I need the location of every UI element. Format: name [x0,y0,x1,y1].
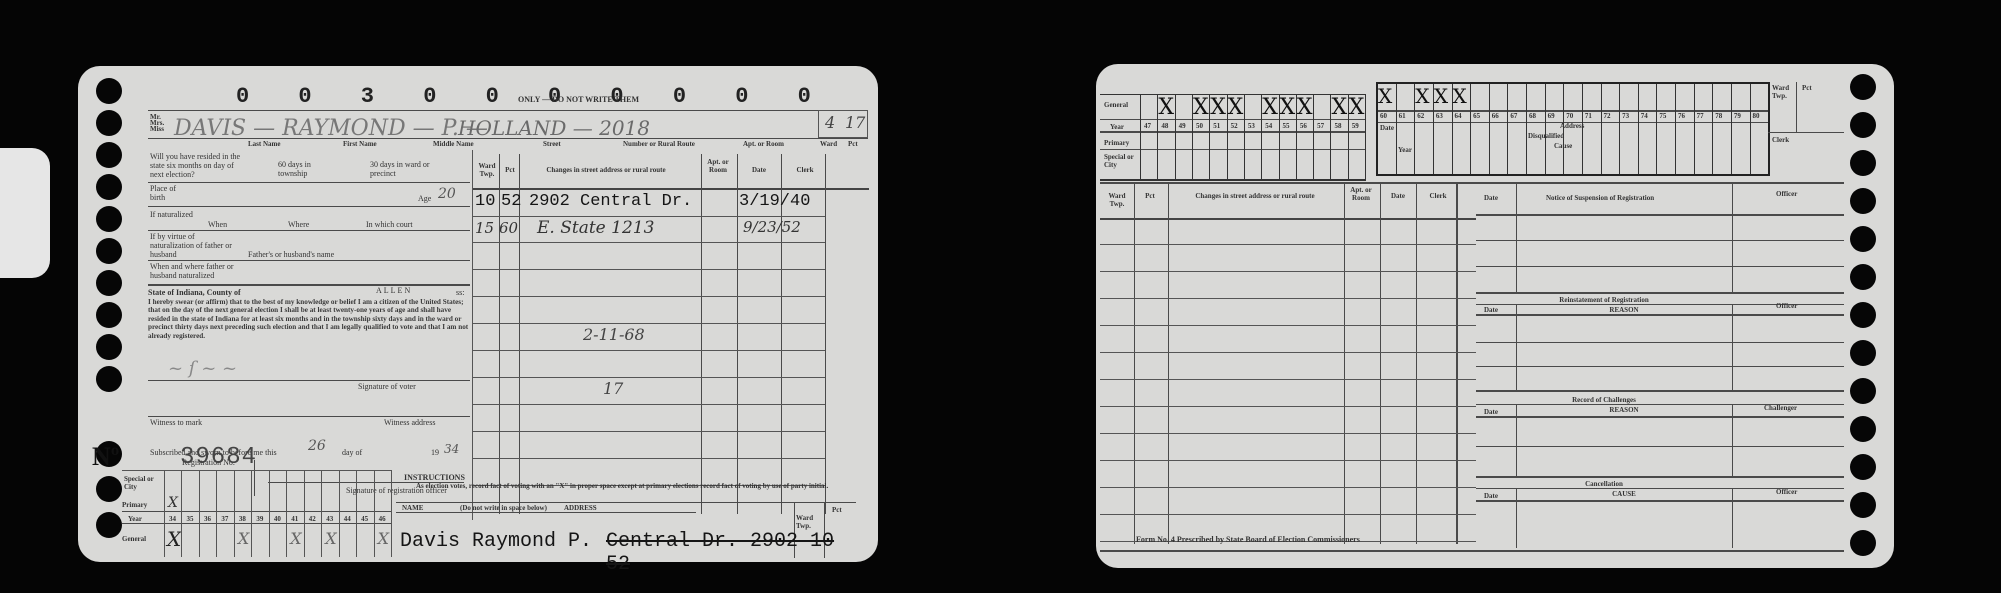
subscribed-year: 34 [444,442,459,456]
header-date: Date [1484,194,1498,202]
row-label-primary: Primary [122,501,147,509]
punch-hole [1850,416,1876,442]
punch-hole [96,366,122,392]
year-col: 39 [251,471,268,557]
year-col: 37 [216,471,233,557]
label-signature-voter: Signature of voter [358,382,416,391]
year-col: 35 [181,471,198,557]
label-name: NAME [402,504,423,512]
label-day-of: day of [342,448,362,457]
table-row [473,404,825,432]
typed-voter-name: Davis Raymond P. [400,530,592,553]
header-date: Date [1484,306,1498,314]
address-changes-table: Ward Twp. Pct Changes in street address … [472,150,869,520]
form-footer: Form No. 4 Prescribed by State Board of … [1136,536,1360,544]
label-clerk: Clerk [1772,136,1789,144]
changes-table-header: Ward Twp. Pct Changes in street address … [1100,184,1476,220]
label-address: ADDRESS [564,504,597,512]
header-pct: Pct [1136,192,1164,200]
label-fathers-name: Father's or husband's name [248,250,334,259]
punch-hole [1850,264,1876,290]
q-state-residence: Will you have resided in the state six m… [150,152,245,179]
address-changes-table-blank: Ward Twp. Pct Changes in street address … [1100,184,1476,548]
punch-hole [96,334,122,360]
header-apt: Apt. or Room [703,158,733,174]
subscribed-day: 26 [308,438,326,454]
row-label-year: Year [128,515,142,523]
punch-hole [96,270,122,296]
punch-hole [1850,112,1876,138]
header-changes: Changes in street address or rural route [521,166,691,174]
table-row [473,350,825,378]
instructions-text: As election votes, record fact of voting… [416,482,856,490]
cell-ward: 15 [475,219,494,237]
reinstatement-section: Reinstatement of Registration Date REASO… [1476,294,1844,392]
header-reason: REASON [1516,406,1732,414]
punch-hole [1850,378,1876,404]
punch-hole [1850,530,1876,556]
cell-date: 3/19/40 [739,192,810,211]
ward-value: 4 [825,113,835,132]
challenges-section: Record of Challenges Date REASON Challen… [1476,394,1844,478]
row-label-year: Year [1110,123,1124,131]
table-row: 2-11-68 [473,323,825,351]
header-changes: Changes in street address or rural route [1170,192,1340,200]
year-columns: 47 X48 49 X50 X51 X52 53 X54 X55 X56 57 … [1140,95,1366,179]
punch-hole [96,110,122,136]
punch-hole [96,78,122,104]
cell-pct: 52 [501,192,521,211]
year-columns: X60 61 X62 X63 X64 65 66 67 68 69 70 71 … [1378,84,1768,174]
cell-ward: 10 [475,192,495,211]
reinstatement-title: Reinstatement of Registration [1476,296,1732,304]
cell-date: 9/23/52 [743,218,801,236]
header-date: Date [1484,492,1498,500]
row-label-general: General [122,535,146,543]
header-apt: Apt. or Room [1346,186,1376,202]
punch-hole [1850,340,1876,366]
punch-hole [1850,74,1876,100]
label-by-virtue: If by virtue of naturalization of father… [150,232,238,259]
registration-number: 39684 [180,444,257,471]
row-label-special: Special or City [1104,153,1134,169]
label-apt: Apt. or Room [743,140,784,148]
punch-hole [1850,188,1876,214]
voting-grid-60-80: Date Year Address Disqualified Cause X60… [1376,82,1770,176]
header-clerk: Clerk [785,166,825,174]
table-row: 10 52 2902 Central Dr. 3/19/40 [473,190,825,217]
header-challenger: Challenger [1764,404,1797,412]
label-place-of-birth: Place of birth [150,184,190,202]
suspension-section: Date Notice of Suspension of Registratio… [1476,184,1844,294]
voting-record-grid: Special or City Primary X Year General 3… [122,470,392,561]
ward-pct-box: 4 17 [818,110,868,138]
label-number: Number or Rural Route [623,140,695,148]
punch-hole [96,206,122,232]
year-col: 45 [356,471,373,557]
punch-hole [96,142,122,168]
label-first-name: First Name [343,140,377,148]
punch-hole [1850,454,1876,480]
table-row: 15 60 E. State 1213 9/23/52 [473,216,825,243]
label-when-where-naturalized: When and where father or husband natural… [150,262,240,280]
street-handwritten: HOLLAND — 2018 [458,116,650,140]
table-row [473,242,825,270]
county-value: ALLEN [376,286,412,295]
year-col: 41X [286,471,303,557]
q-township: 60 days in township [278,160,338,178]
header-officer: Officer [1776,302,1797,310]
label-pct: Pct [848,140,858,148]
cell-address: E. State 1213 [537,218,654,238]
header-clerk: Clerk [1418,192,1458,200]
label-naturalized: If naturalized [150,210,193,219]
label-last-name: Last Name [248,140,280,148]
year-col: 44 [339,471,356,557]
punch-hole [1850,226,1876,252]
punch-hole [96,476,122,502]
punch-hole [1850,302,1876,328]
cell-address: 2902 Central Dr. [529,192,692,211]
changes-table-header: Ward Twp. Pct Changes in street address … [473,154,869,190]
cancellation-title: Cancellation [1476,480,1732,488]
year-columns: 34X 35 36 37 38X 39 40 41X 42 43X 44 45 … [164,471,392,557]
year-col: 34X [164,471,181,557]
year-col: 43X [321,471,338,557]
table-row [473,431,825,459]
label-street: Street [543,140,561,148]
registration-card-front: 0 0 3 0 0 0 0 0 0 0 ONLY — DO NOT WRITE … [78,66,878,562]
age-value: 20 [438,186,456,202]
header-officer: Officer [1776,190,1797,198]
header-suspension: Notice of Suspension of Registration [1546,194,1654,202]
header-cause: CAUSE [1516,490,1732,498]
voter-signature: ~ ſ ~ ~ [168,358,237,379]
row-label-primary: Primary [1104,139,1129,147]
year-col: 40 [269,471,286,557]
label-where: Where [288,220,309,229]
header-date: Date [1382,192,1414,200]
header-ward: Ward Twp. [1102,192,1132,208]
typed-voter-address: Central Dr. 2902 10 52 [606,530,868,576]
header-date: Date [1484,408,1498,416]
label-ward-twp: Ward Twp. [796,514,820,530]
registration-card-back: General Year Primary Special or City 47 … [1096,64,1894,568]
instructions-heading: INSTRUCTIONS [404,474,465,482]
punch-hole [96,512,122,538]
table-row [473,269,825,297]
year-col: 36 [199,471,216,557]
cell-address: 17 [603,379,623,398]
row-label-general: General [1104,101,1128,109]
year-col: 46X [374,471,392,557]
stamp-note: ONLY — DO NOT WRITE THEM [518,96,639,104]
number-prefix: Nº [92,442,119,472]
table-row [473,296,825,324]
salutation-labels: Mr. Mrs. Miss [150,114,164,132]
row-label-special: Special or City [124,475,158,491]
oath-text: I hereby swear (or affirm) that to the b… [148,298,470,340]
cancellation-section: Cancellation Date CAUSE Officer [1476,478,1844,548]
challenges-title: Record of Challenges [1476,396,1732,404]
cell-pct: 60 [499,219,518,237]
label-year-prefix: 19 [431,448,439,457]
punch-hole [1850,150,1876,176]
voting-grid-47-59: General Year Primary Special or City 47 … [1100,94,1366,181]
cell-address: 2-11-68 [583,325,645,344]
year-col: 42 [304,471,321,557]
label-age: Age [418,194,431,203]
ss-label: ss: [456,288,464,297]
label-court: In which court [366,220,413,229]
header-reason: REASON [1516,306,1732,314]
q-ward: 30 days in ward or precinct [370,160,440,178]
punch-hole [1850,492,1876,518]
header-officer: Officer [1776,488,1797,496]
label-middle-name: Middle Name [433,140,474,148]
header-ward: Ward Twp. [475,162,499,178]
pct-value: 17 [845,113,865,132]
label-witness-address: Witness address [384,418,435,427]
oath-heading: State of Indiana, County of [148,288,241,297]
label-witness-mark: Witness to mark [150,418,202,427]
punch-hole [96,302,122,328]
punch-hole [96,238,122,264]
label-pct-footer: Pct [832,506,842,514]
label-miss: Miss [150,126,164,132]
year-col: 38X [234,471,251,557]
adjacent-card-edge [0,148,50,278]
blank-rows [1100,218,1476,544]
label-ward-twp: Ward Twp. [1772,84,1796,100]
header-pct: Pct [501,166,519,174]
punch-hole [96,174,122,200]
label-when: When [208,220,227,229]
table-row: 17 [473,377,825,405]
label-do-not-write: (Do not write in space below) [460,504,547,512]
label-pct: Pct [1802,84,1812,92]
label-ward: Ward [820,140,837,148]
header-date: Date [739,166,779,174]
